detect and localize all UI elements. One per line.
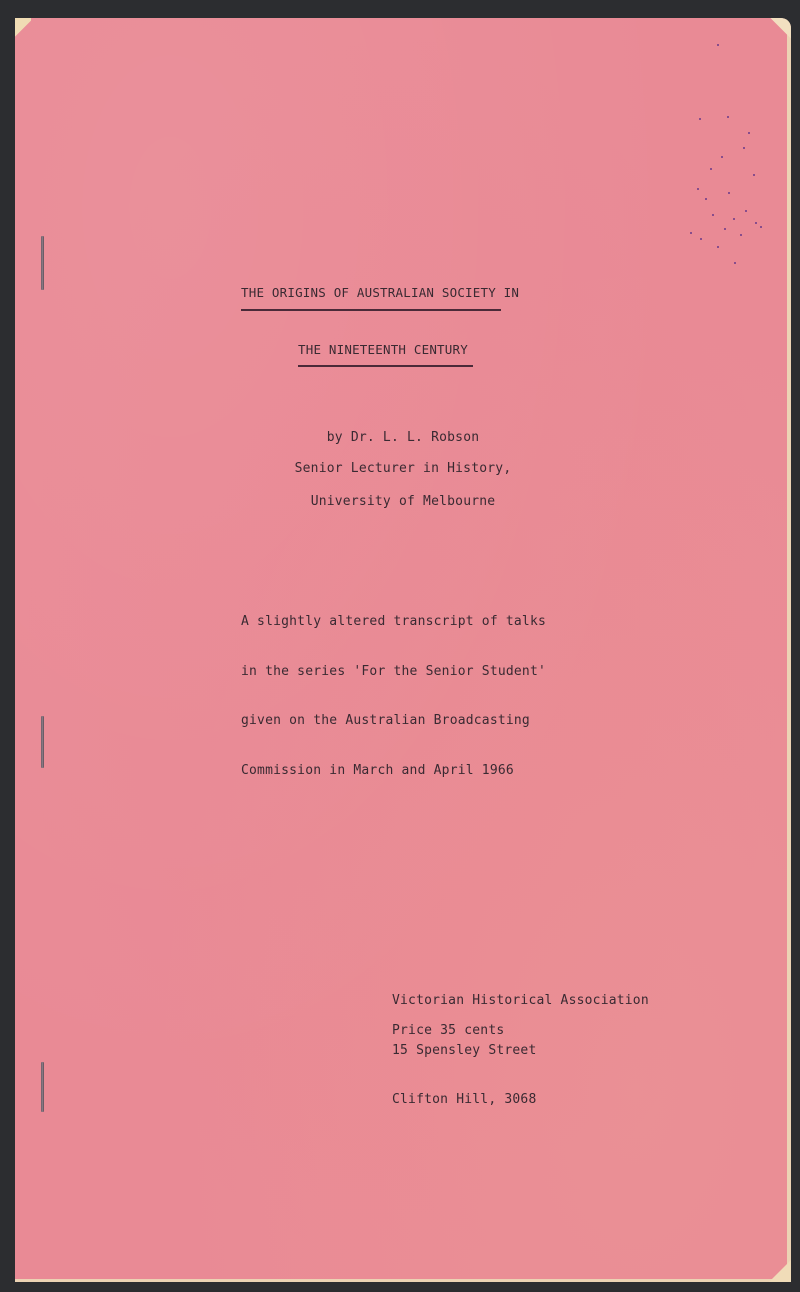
ink-speck — [697, 188, 699, 190]
note-line: Commission in March and April 1966 — [241, 763, 546, 780]
worn-corner-top-right — [761, 18, 791, 46]
ink-speck — [755, 222, 757, 224]
staple-bottom — [41, 1062, 44, 1112]
note-line: in the series 'For the Senior Student' — [241, 664, 546, 681]
worn-corner-bottom-right — [765, 1246, 791, 1282]
author-institution: University of Melbourne — [15, 494, 791, 509]
ink-speck — [745, 210, 747, 212]
publisher-suburb: Clifton Hill, 3068 — [392, 1092, 649, 1109]
ink-speck — [699, 118, 701, 120]
ink-speck — [734, 262, 736, 264]
ink-speck — [727, 116, 729, 118]
ink-speck — [710, 168, 712, 170]
ink-speck — [724, 228, 726, 230]
ink-speck — [728, 192, 730, 194]
staple-middle — [41, 716, 44, 768]
ink-speck — [721, 156, 723, 158]
ink-speck — [740, 234, 742, 236]
title-line-1: THE ORIGINS OF AUSTRALIAN SOCIETY IN — [241, 285, 519, 300]
ink-speck — [705, 198, 707, 200]
ink-speck — [712, 214, 714, 216]
author-role: Senior Lecturer in History, — [15, 461, 791, 476]
ink-speck — [743, 147, 745, 149]
publisher-street: 15 Spensley Street — [392, 1043, 649, 1060]
price-label: Price 35 cents — [392, 1023, 504, 1038]
note-line: given on the Australian Broadcasting — [241, 713, 546, 730]
staple-top — [41, 236, 44, 290]
title-line-2: THE NINETEENTH CENTURY — [298, 342, 468, 357]
ink-speck — [760, 226, 762, 228]
worn-corner-top-left — [15, 18, 31, 48]
ink-speck — [753, 174, 755, 176]
ink-speck — [690, 232, 692, 234]
transcript-note: A slightly altered transcript of talks i… — [241, 581, 546, 812]
title-underline-2 — [298, 365, 473, 367]
publisher-name: Victorian Historical Association — [392, 993, 649, 1010]
ink-speck — [733, 218, 735, 220]
ink-speck — [717, 246, 719, 248]
ink-speck — [748, 132, 750, 134]
publisher-address: Victorian Historical Association 15 Spen… — [392, 960, 649, 1142]
author-name: by Dr. L. L. Robson — [15, 430, 791, 445]
ink-speck — [700, 238, 702, 240]
ink-speck — [717, 44, 719, 46]
title-underline-1 — [241, 309, 501, 311]
note-line: A slightly altered transcript of talks — [241, 614, 546, 631]
document-cover-page: THE ORIGINS OF AUSTRALIAN SOCIETY IN THE… — [15, 18, 791, 1282]
